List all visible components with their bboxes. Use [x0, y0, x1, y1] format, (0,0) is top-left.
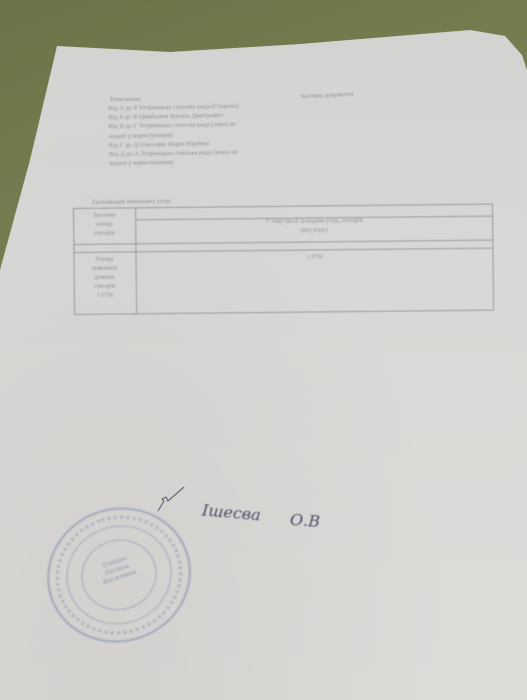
col2-header: У тому числі за кодами угідь, гектарів (…	[137, 216, 491, 238]
land-explication-table: Загальна площа гектарів У тому числі за …	[73, 204, 494, 315]
signature-stroke-icon	[150, 485, 190, 515]
boundary-list: Від А до Б Угорницька сільська рада (Сто…	[108, 102, 240, 169]
col1-header: Загальна площа гектарів	[75, 211, 133, 239]
row-label: Площа земельної ділянки, гектарів 1.5750	[76, 255, 134, 301]
row-value: 1.5750	[137, 252, 491, 265]
table-caption: Експлікація земельних угідь	[92, 197, 171, 208]
handwritten-initials: О.В	[289, 510, 320, 531]
